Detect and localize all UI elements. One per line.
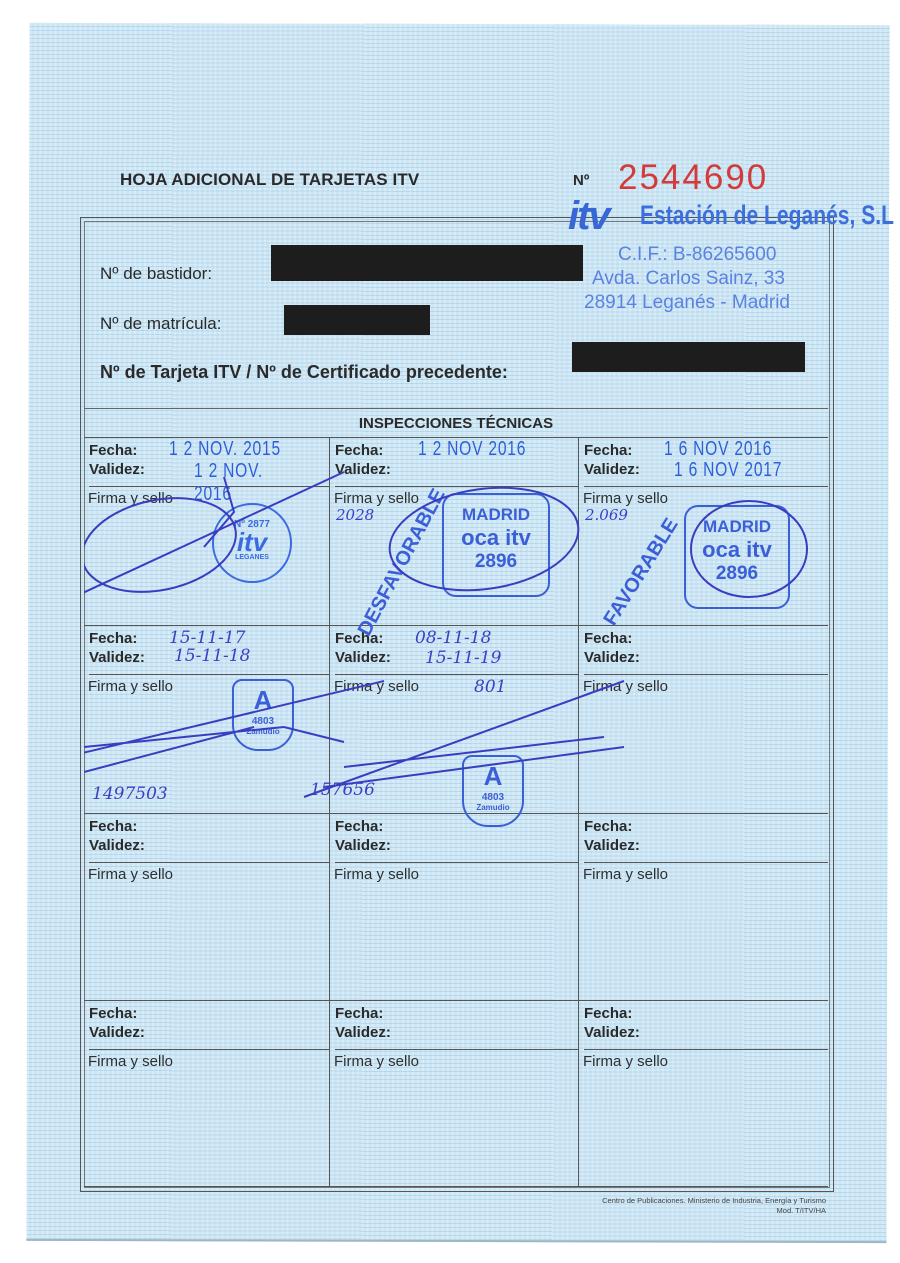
fecha-value: 1 2 NOV 2016 bbox=[418, 438, 526, 461]
signature-number: 1497503 bbox=[92, 784, 168, 804]
validez-value: 1 2 NOV. 2016 bbox=[194, 460, 299, 506]
fecha-label: Fecha: bbox=[335, 442, 383, 459]
fecha-label: Fecha: bbox=[584, 1005, 632, 1022]
date-block: Fecha:Validez: bbox=[335, 1001, 578, 1050]
inspection-cell: Fecha:Validez:Firma y sello bbox=[579, 626, 828, 814]
stamp-city: LEGANES bbox=[214, 554, 290, 561]
tarjeta-redacted bbox=[572, 342, 805, 372]
grid-bottom-border bbox=[84, 1186, 828, 1187]
fecha-value: 1 2 NOV. 2015 bbox=[169, 438, 281, 461]
oca-itv-stamp: MADRIDoca itv2896 bbox=[684, 505, 790, 609]
inspection-row: Fecha:Validez:Firma y selloFecha:Validez… bbox=[84, 1000, 828, 1187]
inspection-row: Fecha:Validez:Firma y selloFecha:Validez… bbox=[84, 813, 828, 1001]
stamp-number: 4803 bbox=[234, 716, 292, 727]
validez-label: Validez: bbox=[335, 649, 391, 666]
station-address: Avda. Carlos Sainz, 33 bbox=[592, 268, 785, 290]
validez-label: Validez: bbox=[584, 649, 640, 666]
firma-label: Firma y sello bbox=[583, 678, 668, 695]
fecha-label: Fecha: bbox=[335, 1005, 383, 1022]
signature-number: 2.069 bbox=[585, 506, 628, 524]
validez-label: Validez: bbox=[89, 837, 145, 854]
footer-publisher: Centro de Publicaciones. Ministerio de I… bbox=[560, 1196, 826, 1206]
firma-label: Firma y sello bbox=[88, 866, 173, 883]
validez-value: 15-11-19 bbox=[425, 648, 501, 668]
inspection-cell: Fecha:Validez:Firma y sello bbox=[579, 814, 828, 1001]
footer: Centro de Publicaciones. Ministerio de I… bbox=[560, 1196, 826, 1216]
firma-label: Firma y sello bbox=[583, 490, 668, 507]
bastidor-label: Nº de bastidor: bbox=[100, 264, 212, 284]
footer-model: Mod. T/ITV/HA bbox=[560, 1206, 826, 1216]
matricula-label: Nº de matrícula: bbox=[100, 314, 221, 334]
fecha-label: Fecha: bbox=[89, 442, 137, 459]
stamp-number: 2896 bbox=[686, 563, 788, 585]
stamp-city: MADRID bbox=[686, 517, 788, 537]
applus-stamp: A4803Zamudio bbox=[462, 755, 524, 827]
itv-logo-icon: itv bbox=[568, 194, 609, 239]
validez-label: Validez: bbox=[89, 461, 145, 478]
document-title: HOJA ADICIONAL DE TARJETAS ITV bbox=[120, 170, 419, 190]
firma-label: Firma y sello bbox=[88, 490, 173, 507]
firma-label: Firma y sello bbox=[583, 866, 668, 883]
fecha-label: Fecha: bbox=[89, 1005, 137, 1022]
firma-label: Firma y sello bbox=[334, 490, 419, 507]
inspection-cell: Fecha:Validez:Firma y sello bbox=[330, 1001, 579, 1187]
stamp-city: MADRID bbox=[444, 505, 548, 525]
fecha-label: Fecha: bbox=[584, 630, 632, 647]
date-block: Fecha:Validez: bbox=[584, 1001, 828, 1050]
date-block: Fecha:Validez: bbox=[89, 1001, 329, 1050]
firma-label: Firma y sello bbox=[334, 1053, 419, 1070]
firma-label: Firma y sello bbox=[88, 678, 173, 695]
date-block: Fecha:Validez: bbox=[89, 814, 329, 863]
fecha-label: Fecha: bbox=[335, 818, 383, 835]
stamp-city: Zamudio bbox=[234, 727, 292, 736]
station-name: Estación de Leganés, S.L bbox=[640, 200, 894, 231]
date-block: Fecha:Validez:1 2 NOV 2016 bbox=[335, 438, 578, 487]
date-block: Fecha:Validez: bbox=[584, 814, 828, 863]
validez-value: 15-11-18 bbox=[174, 646, 250, 666]
firma-label: Firma y sello bbox=[334, 678, 419, 695]
stamp-letter: A bbox=[234, 685, 292, 716]
inspection-cell: Fecha:Validez:Firma y sello bbox=[579, 1001, 828, 1187]
number-label: Nº bbox=[573, 172, 589, 189]
validez-label: Validez: bbox=[89, 649, 145, 666]
signature-number: 157656 bbox=[310, 780, 375, 800]
validez-label: Validez: bbox=[335, 837, 391, 854]
stamp-letter: A bbox=[464, 761, 522, 792]
date-block: Fecha:Validez: bbox=[584, 626, 828, 675]
validez-label: Validez: bbox=[335, 461, 391, 478]
stamp-number: 4803 bbox=[464, 792, 522, 803]
date-block: Fecha:Validez:1 6 NOV 20161 6 NOV 2017 bbox=[584, 438, 828, 487]
inspection-cell: Fecha:Validez:Firma y sello bbox=[84, 1001, 330, 1187]
fecha-label: Fecha: bbox=[89, 818, 137, 835]
fecha-value: 15-11-17 bbox=[169, 628, 245, 648]
signature-number: 2028 bbox=[336, 506, 374, 524]
validez-label: Validez: bbox=[584, 1024, 640, 1041]
station-cif: C.I.F.: B-86265600 bbox=[618, 244, 776, 266]
fecha-label: Fecha: bbox=[584, 818, 632, 835]
stamp-city: Zamudio bbox=[464, 803, 522, 812]
validez-label: Validez: bbox=[584, 837, 640, 854]
validez-label: Validez: bbox=[89, 1024, 145, 1041]
firma-label: Firma y sello bbox=[88, 1053, 173, 1070]
section-title: INSPECCIONES TÉCNICAS bbox=[84, 408, 828, 438]
inspection-cell: Fecha:Validez:Firma y sello bbox=[330, 814, 579, 1001]
bastidor-redacted bbox=[271, 245, 583, 281]
date-block: Fecha:Validez:15-11-1715-11-18 bbox=[89, 626, 329, 675]
fecha-label: Fecha: bbox=[584, 442, 632, 459]
validez-label: Validez: bbox=[335, 1024, 391, 1041]
inspection-cell: Fecha:Validez:Firma y sello bbox=[84, 814, 330, 1001]
inspection-cell: Fecha:Validez:1 2 NOV. 20151 2 NOV. 2016… bbox=[84, 438, 330, 626]
date-block: Fecha:Validez: bbox=[335, 814, 578, 863]
tarjeta-label: Nº de Tarjeta ITV / Nº de Certificado pr… bbox=[100, 362, 508, 383]
itv-leganes-stamp: Nº 2877itvLEGANES bbox=[212, 503, 292, 583]
firma-label: Firma y sello bbox=[334, 866, 419, 883]
station-city: 28914 Leganés - Madrid bbox=[584, 292, 790, 314]
inspection-row: Fecha:Validez:15-11-1715-11-18Firma y se… bbox=[84, 625, 828, 814]
matricula-redacted bbox=[284, 305, 430, 335]
applus-stamp: A4803Zamudio bbox=[232, 679, 294, 751]
stamp-number: 2896 bbox=[444, 551, 548, 573]
fecha-value: 08-11-18 bbox=[415, 628, 491, 648]
validez-value: 1 6 NOV 2017 bbox=[674, 459, 782, 482]
inspections-grid: Fecha:Validez:1 2 NOV. 20151 2 NOV. 2016… bbox=[84, 437, 828, 1186]
firma-label: Firma y sello bbox=[583, 1053, 668, 1070]
fecha-value: 1 6 NOV 2016 bbox=[664, 438, 772, 461]
validez-label: Validez: bbox=[584, 461, 640, 478]
stamp-logo: itv bbox=[214, 530, 290, 554]
stamp-logo: oca itv bbox=[686, 537, 788, 563]
fecha-label: Fecha: bbox=[89, 630, 137, 647]
handwritten-note: 801 bbox=[474, 677, 506, 697]
oca-itv-stamp: MADRIDoca itv2896 bbox=[442, 493, 550, 597]
stamp-logo: oca itv bbox=[444, 525, 548, 551]
serial-number: 2544690 bbox=[618, 158, 768, 198]
date-block: Fecha:Validez:1 2 NOV. 20151 2 NOV. 2016 bbox=[89, 438, 329, 487]
inspection-cell: Fecha:Validez:08-11-1815-11-19Firma y se… bbox=[330, 626, 579, 814]
